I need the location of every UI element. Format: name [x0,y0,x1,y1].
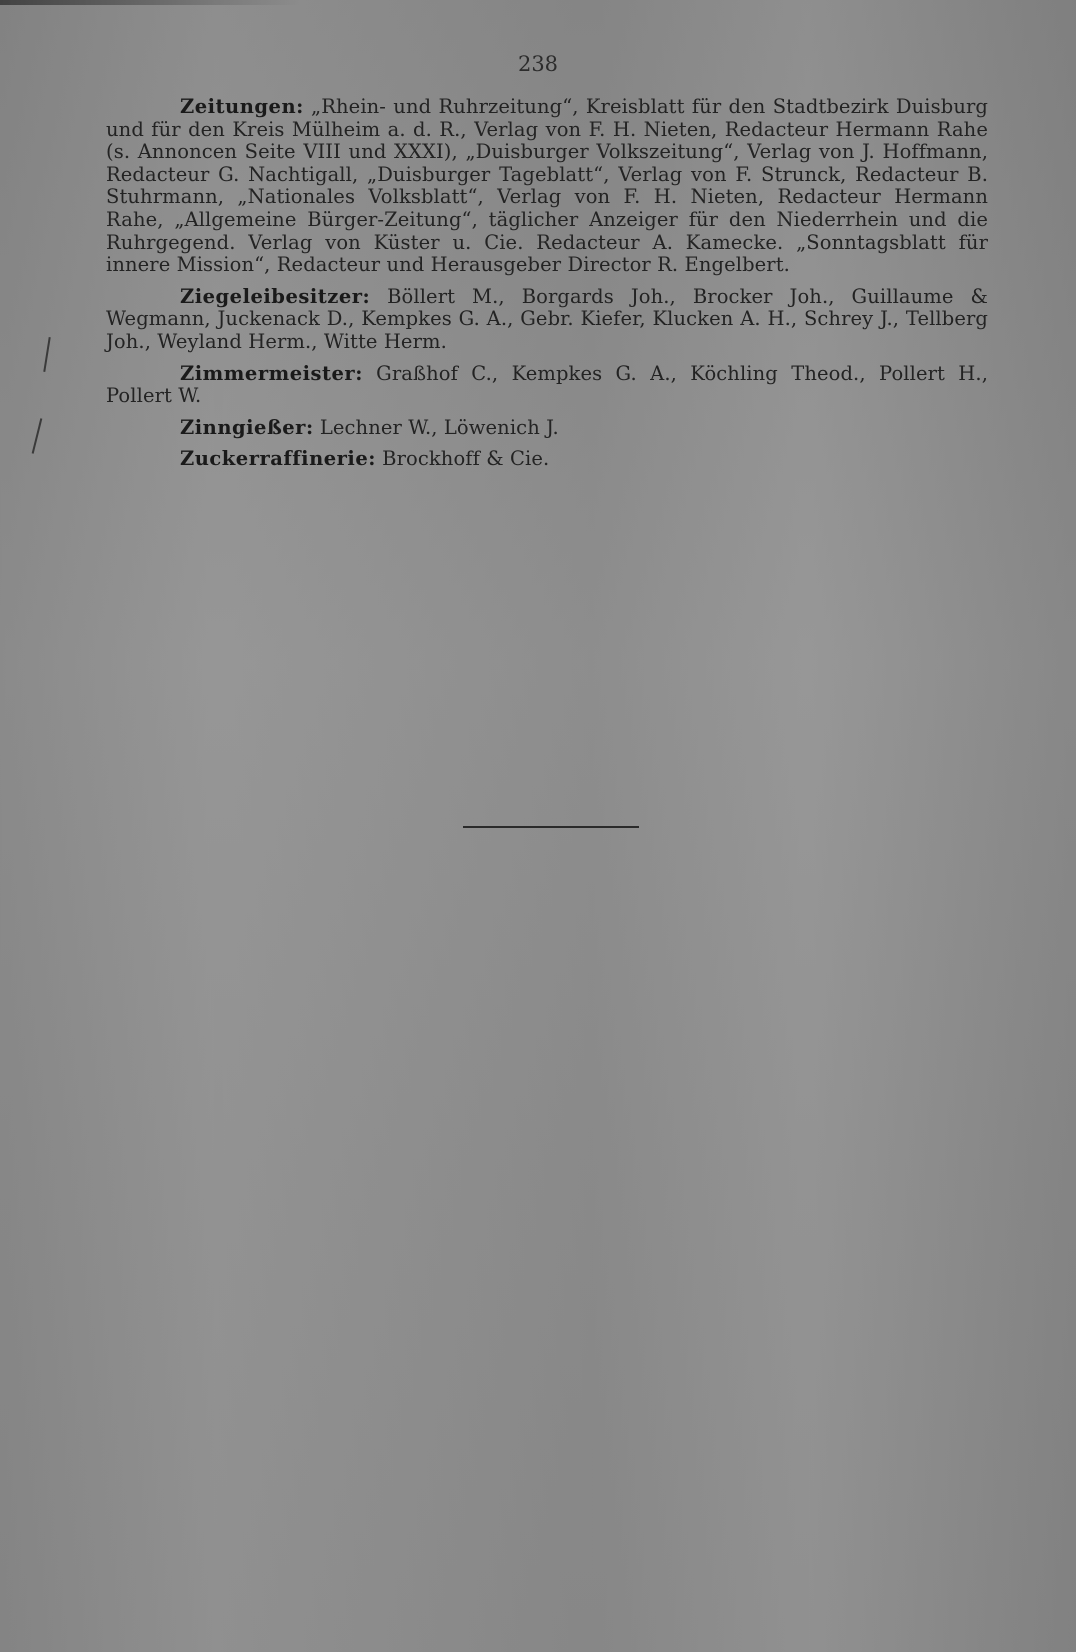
entry-zimmermeister: Zimmermeister: Graßhof C., Kempkes G. A.… [106,363,988,408]
entry-heading: Zeitungen: [180,95,304,118]
page-content: Zeitungen: „Rhein- und Ruhrzeitung“, Kre… [106,96,988,480]
entry-heading: Ziegeleibesitzer: [180,285,370,308]
entry-text: Lechner W., Löwenich J. [320,416,559,439]
entry-heading: Zinngießer: [180,416,314,439]
entry-heading: Zuckerraffinerie: [180,447,376,470]
margin-pencil-mark [43,337,50,372]
entry-heading: Zimmermeister: [180,362,363,385]
entry-zeitungen: Zeitungen: „Rhein- und Ruhrzeitung“, Kre… [106,96,988,277]
page-number: 238 [0,52,1076,76]
section-end-rule [463,826,639,828]
entry-text: „Rhein- und Ruhrzeitung“, Kreisblatt für… [106,95,988,276]
scanned-page: 238 Zeitungen: „Rhein- und Ruhrzeitung“,… [0,0,1076,1652]
entry-zinngiesser: Zinngießer: Lechner W., Löwenich J. [106,417,988,440]
margin-pencil-mark [32,418,43,453]
entry-zuckerraffinerie: Zuckerraffinerie: Brockhoff & Cie. [106,448,988,471]
entry-text: Brockhoff & Cie. [382,447,549,470]
scan-shadow [0,0,300,5]
entry-ziegeleibesitzer: Ziegeleibesitzer: Böllert M., Borgards J… [106,286,988,354]
